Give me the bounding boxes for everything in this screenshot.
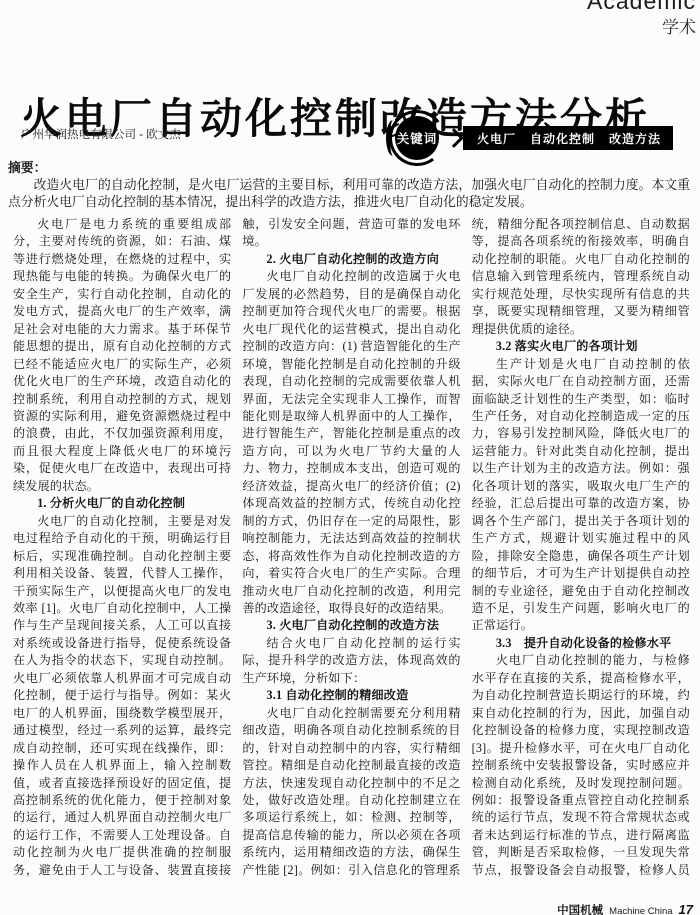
- section-heading: 3.3 提升自动化设备的检修水平: [472, 635, 690, 652]
- journal-name-english: Machine China: [609, 906, 672, 915]
- chevron-right-icon: [444, 128, 464, 148]
- abstract-text: 改造火电厂的自动化控制，是火电厂运营的主要目标，利用可靠的改造方法，加强火电厂自…: [8, 177, 690, 211]
- section-heading: 2. 火电厂自动化控制的改造方向: [242, 251, 460, 268]
- keyword-item: 自动化控制: [530, 130, 595, 147]
- section-heading: 3. 火电厂自动化控制的改造方法: [242, 617, 460, 634]
- body-paragraph: 火电厂是电力系统的重要组成部分，主要对传统的资源，如：石油、煤等进行燃烧处理，在…: [13, 216, 231, 495]
- eyebrow-english: Academic: [587, 0, 696, 16]
- article-columns: 火电厂是电力系统的重要组成部分，主要对传统的资源，如：石油、煤等进行燃烧处理，在…: [13, 216, 690, 892]
- section-heading: 1. 分析火电厂的自动化控制: [13, 495, 231, 512]
- keyword-item: 改造方法: [609, 130, 661, 147]
- abstract-label: 摘要：: [8, 160, 690, 177]
- page-footer: 中国机械 Machine China 17: [557, 902, 693, 915]
- keyword-item: 火电厂: [477, 130, 516, 147]
- keywords-circle-icon: 关键词: [395, 116, 439, 160]
- body-paragraph: 生产计划是火电厂自动控制的依据，实际火电厂在自动控制方面，还需面临缺乏计划性的生…: [472, 356, 690, 635]
- author-byline: 广州华润热电有限公司 - 欧文杰: [21, 126, 181, 142]
- page-number: 17: [679, 902, 693, 915]
- body-paragraph: 结合火电厂自动化控制的运行实际，提升科学的改造方法，体现高效的生产环境，分析如下…: [242, 635, 460, 687]
- section-eyebrow: Academic 学术: [587, 0, 696, 38]
- section-heading: 3.1 自动化控制的精细改造: [242, 687, 460, 704]
- journal-page: Academic 学术 火电厂自动化控制改造方法分析 广州华润热电有限公司 - …: [0, 0, 700, 915]
- eyebrow-chinese: 学术: [587, 17, 696, 38]
- body-paragraph: 火电厂自动化控制的改造属于火电厂发展的必然趋势，目的是确保自动化控制更加符合现代…: [242, 268, 460, 617]
- section-heading: 3.2 落实火电厂的各项计划: [472, 338, 690, 355]
- keywords-label: 关键词: [397, 129, 438, 147]
- abstract-section: 摘要： 改造火电厂的自动化控制，是火电厂运营的主要目标，利用可靠的改造方法，加强…: [8, 160, 690, 211]
- keywords-badge: 关键词 火电厂 自动化控制 改造方法: [395, 112, 673, 164]
- journal-name-chinese: 中国机械: [557, 902, 603, 915]
- keywords-bar: 火电厂 自动化控制 改造方法: [463, 126, 673, 150]
